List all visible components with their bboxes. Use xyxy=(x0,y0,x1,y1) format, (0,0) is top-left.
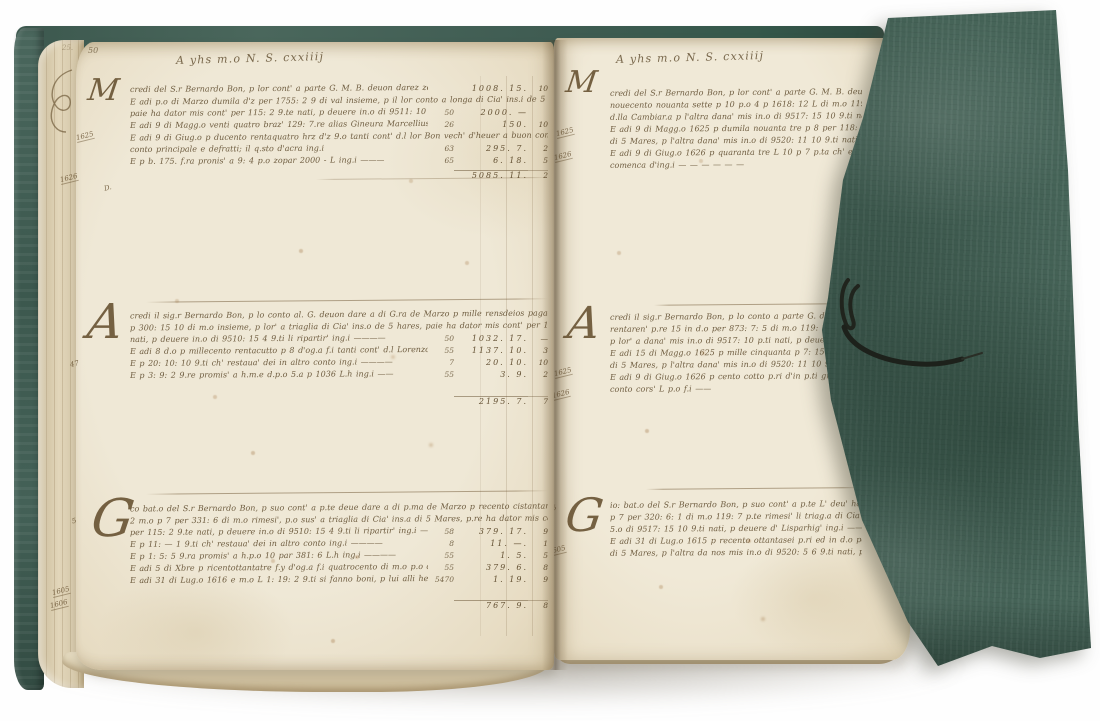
entry-text: E adi 15 di Magg.o 1625 p mille cinquant… xyxy=(610,347,862,358)
margin-mark: 47 xyxy=(69,359,80,369)
amount-lire: 379. 6. xyxy=(454,563,528,572)
entry-text: di 5 Mares, p l'altra dana' mis in.o di … xyxy=(610,135,862,146)
entry-text: E p 20: 10: 10 9.ti ch' restaua' dei in … xyxy=(130,357,428,368)
total-lire: 5085. 11. xyxy=(454,170,528,180)
folio-ref: 26 xyxy=(428,120,454,129)
entry-text: rentaren' p.re 15 in d.o per 873: 7: 5 d… xyxy=(610,323,862,334)
entry-row: paie ha dator mis cont' per 115: 2 9.te … xyxy=(130,108,548,120)
entry-text: conto principale e defratti; il q.sto d'… xyxy=(130,143,428,154)
total-lire: 767. 9. xyxy=(454,600,528,610)
page-header: A yhs m.o N. S. cxxiiij xyxy=(176,50,324,67)
margin-mark: 5 xyxy=(71,517,77,526)
amount-lire: 11. —. xyxy=(454,539,528,548)
section-divider xyxy=(646,487,860,490)
entry-text: E adi 9 di Magg.o venti quatro braz' 129… xyxy=(130,119,428,130)
entry-row: 5.o di 9517: 15 10 9.ti nati, p deuere d… xyxy=(610,524,862,536)
section-initial: A xyxy=(85,298,126,346)
entry-row: rentaren' p.re 15 in d.o per 873: 7: 5 d… xyxy=(610,324,862,336)
entry-row: E adi 15 di Magg.o 1625 p mille cinquant… xyxy=(610,348,862,360)
entry-text: E adi 9 di Giug.o 1626 p quaranta tre L … xyxy=(610,147,862,158)
entry-row: E adi 9 di Giug.o 1626 p quaranta tre L … xyxy=(610,148,862,160)
folio-ref: 63 xyxy=(428,144,454,153)
entry-row: d.lla Cambiar.a p l'altra dana' mis in.o… xyxy=(610,112,862,124)
entry-row: E adi 9 di Magg.o 1625 p dumila nouanta … xyxy=(610,124,862,136)
entry-row: E adi 9 di Giug.o p ducento rentaquatro … xyxy=(130,132,548,144)
gutter-shadow xyxy=(542,40,568,670)
entry-row: nouecento nouanta sette p 10 p.o 4 p 161… xyxy=(610,100,862,112)
entry-text: E adi 9 di Giug.o p ducento rentaquatro … xyxy=(130,131,548,143)
entry-row: E p 3: 9: 2 9.re promis' a h.m.e d.p.o 5… xyxy=(130,370,548,382)
entry-text: d.lla Cambiar.a p l'altra dana' mis in.o… xyxy=(610,111,862,122)
notary-flourish-icon xyxy=(42,66,82,136)
entry-row: E adi 31 di Lug.o 1616 e m.o L 1: 19: 2 … xyxy=(130,575,548,587)
section-initial: G xyxy=(563,492,606,538)
entry-text: conto cors' L p.o f.i —— xyxy=(610,383,862,394)
entry-text: nouecento nouanta sette p 10 p.o 4 p 161… xyxy=(610,99,862,110)
folio-number: 50 xyxy=(88,46,98,55)
entry-text: E adi 9 di Giug.o 1626 p cento cotto p.r… xyxy=(610,371,862,382)
entry-row: E adi 8 d.o p millecento rentacutto p 8 … xyxy=(130,346,548,358)
entry-row: E adi 31 di Lug.o 1615 p recento ottanta… xyxy=(610,536,862,548)
amount-lire: 1032. 17. xyxy=(454,334,528,343)
entry-text: comenca d'ing.i — — — — — — xyxy=(610,159,862,170)
entry-text: E p 11: — 1 9.ti ch' restaua' dei in alt… xyxy=(130,538,428,549)
folio-ghost: 25. xyxy=(62,44,73,52)
entry-row: di 5 Mares, p l'altra dana' mis in.o di … xyxy=(610,136,862,148)
entry-text: nati, p deuere in.o di 9510: 15 4 9.ti l… xyxy=(130,333,428,344)
entry-text: di 5 Mares, p l'altra da nos mis in.o di… xyxy=(610,547,862,558)
entry-row: p 7 per 320: 6: 1 di m.o 119: 7 p.te rim… xyxy=(610,512,862,524)
entry-text: p 7 per 320: 6: 1 di m.o 119: 7 p.te rim… xyxy=(610,511,862,522)
entry-text: E adi 31 di Lug.o 1615 p recento ottanta… xyxy=(610,535,862,546)
entry-text: credi del S.r Bernardo Bon, p lor cont' … xyxy=(130,83,428,94)
entry-text: E adi 8 d.o p millecento rentacutto p 8 … xyxy=(130,345,428,356)
entry-row: E p 1: 5: 5 9.ra promis' a h.p.o 10 par … xyxy=(130,551,548,563)
entry-text: E adi 9 di Magg.o 1625 p dumila nouanta … xyxy=(610,123,862,134)
folio-ref: 55 xyxy=(428,563,454,572)
folio-ref: 8 xyxy=(428,539,454,548)
entry-row: nati, p deuere in.o di 9510: 15 4 9.ti l… xyxy=(130,334,548,346)
folio-ref: 50 xyxy=(428,334,454,343)
entry-text: credi il sig.r Bernardo Bon, p lo conto … xyxy=(130,309,548,321)
entry-text: 2 m.o p 7 per 331: 6 di m.o rimesi', p.o… xyxy=(130,514,548,526)
section-initial: M xyxy=(86,76,121,106)
amount-lire: 295. 7. xyxy=(454,144,528,153)
total-row: 5085. 11.2 xyxy=(130,170,548,182)
entry-text: per 115: 2 9.te nati, p deuere in.o di 9… xyxy=(130,526,428,537)
entry-text: E p 1: 5: 5 9.ra promis' a h.p.o 10 par … xyxy=(130,550,428,561)
amount-lire: 150. xyxy=(454,120,528,129)
page-header: A yhs m.o N. S. cxxiiij xyxy=(616,49,764,66)
entry-text: 5.o di 9517: 15 10 9.ti nati, p deuere d… xyxy=(610,523,862,534)
amount-lire: 1008. 15. xyxy=(454,84,528,93)
entry-row: conto principale e defratti; il q.sto d'… xyxy=(130,144,548,156)
entry-text: paie ha dator mis cont' per 115: 2 9.te … xyxy=(130,107,428,118)
amount-lire: 6. 18. xyxy=(454,156,528,165)
entry-text: p 300: 15 10 di m.o insieme, p lor' a tr… xyxy=(130,321,548,333)
entry-row: p 300: 15 10 di m.o insieme, p lor' a tr… xyxy=(130,322,548,334)
section-initial: M xyxy=(564,68,599,98)
entry-row: E p 20: 10: 10 9.ti ch' restaua' dei in … xyxy=(130,358,548,370)
section-divider xyxy=(654,303,840,306)
entry-row: E p 11: — 1 9.ti ch' restaua' dei in alt… xyxy=(130,539,548,551)
entry-row: per 115: 2 9.te nati, p deuere in.o di 9… xyxy=(130,527,548,539)
entry-row: 2 m.o p 7 per 331: 6 di m.o rimesi', p.o… xyxy=(130,515,548,527)
section-initial: A xyxy=(565,302,603,346)
entry-text: p lor' a dana' mis in.o di 9517: 10 p.ti… xyxy=(610,335,862,346)
folio-ref: 5470 xyxy=(428,575,454,584)
entry-row: E adi 5 di Xbre p ricentottantatre f.y d… xyxy=(130,563,548,575)
entry-row: E p b. 175. f.ra pronis' a 9: 4 p.o zopa… xyxy=(130,156,548,168)
foxing-spots xyxy=(0,0,2,2)
entry-row: E adi p.o di Marzo dumila d'z per 1755: … xyxy=(130,96,548,108)
entry-text: co bat.o del S.r Bernardo Bon, p suo con… xyxy=(130,502,548,514)
folio-ref: 58 xyxy=(428,527,454,536)
total-row: 767. 9.8 xyxy=(130,600,548,612)
entry-text: di 5 Mares, p l'altra dana' mis in.o di … xyxy=(610,359,862,370)
entry-text: E adi 31 di Lug.o 1616 e m.o L 1: 19: 2 … xyxy=(130,574,428,585)
total-lire: 2195. 7. xyxy=(454,396,528,406)
amount-lire: 2000. — xyxy=(454,108,528,117)
entry-row: di 5 Mares, p l'altra da nos mis in.o di… xyxy=(610,548,862,560)
margin-flourish: D. xyxy=(103,183,112,193)
entry-row: p lor' a dana' mis in.o di 9517: 10 p.ti… xyxy=(610,336,862,348)
right-page: A yhs m.o N. S. cxxiiij M 1625 1626 cred… xyxy=(554,38,910,660)
folio-ref: 55 xyxy=(428,346,454,355)
entry-row: comenca d'ing.i — — — — — — xyxy=(610,160,862,172)
entry-text: E p b. 175. f.ra pronis' a 9: 4 p.o zopa… xyxy=(130,155,428,166)
entry-text: credi del S.r Bernardo Bon, p lor cont' … xyxy=(610,87,862,98)
amount-lire: 1. 19. xyxy=(454,575,528,584)
left-page: 25. 50 A yhs m.o N. S. cxxiiij M 1625 16… xyxy=(76,42,554,670)
folio-ref: 50 xyxy=(428,108,454,117)
amount-lire: 3. 9. xyxy=(454,370,528,379)
entry-row: conto cors' L p.o f.i —— xyxy=(610,384,862,396)
entry-text: E adi p.o di Marzo dumila d'z per 1755: … xyxy=(130,95,548,107)
entry-row: io: bat.o del S.r Bernardo Bon, p suo co… xyxy=(610,500,862,512)
entry-row: di 5 Mares, p l'altra dana' mis in.o di … xyxy=(610,360,862,372)
amount-lire: 20. 10. xyxy=(454,358,528,367)
photo-background: A yhs m.o N. S. cxxiiij M 1625 1626 cred… xyxy=(0,0,1100,721)
amount-lire: 379. 17. xyxy=(454,527,528,536)
folio-ref: 7 xyxy=(428,358,454,367)
entry-row: E adi 9 di Giug.o 1626 p cento cotto p.r… xyxy=(610,372,862,384)
total-row: 2195. 7.7 xyxy=(130,396,548,408)
entry-row: credi del S.r Bernardo Bon, p lor cont' … xyxy=(610,88,862,100)
section-divider xyxy=(146,298,548,303)
amount-lire: 1137. 10. xyxy=(454,346,528,355)
section-divider xyxy=(146,490,548,495)
folio-ref: 55 xyxy=(428,370,454,379)
entry-text: credi il sig.r Bernardo Bon, p lo conto … xyxy=(610,311,862,322)
entry-text: E p 3: 9: 2 9.re promis' a h.m.e d.p.o 5… xyxy=(130,369,428,380)
entry-text: E adi 5 di Xbre p ricentottantatre f.y d… xyxy=(130,562,428,573)
entry-text: io: bat.o del S.r Bernardo Bon, p suo co… xyxy=(610,499,862,510)
folio-ref: 65 xyxy=(428,156,454,165)
folio-ref: 55 xyxy=(428,551,454,560)
entry-row: credi il sig.r Bernardo Bon, p lo conto … xyxy=(610,312,862,324)
amount-lire: 1. 5. xyxy=(454,551,528,560)
